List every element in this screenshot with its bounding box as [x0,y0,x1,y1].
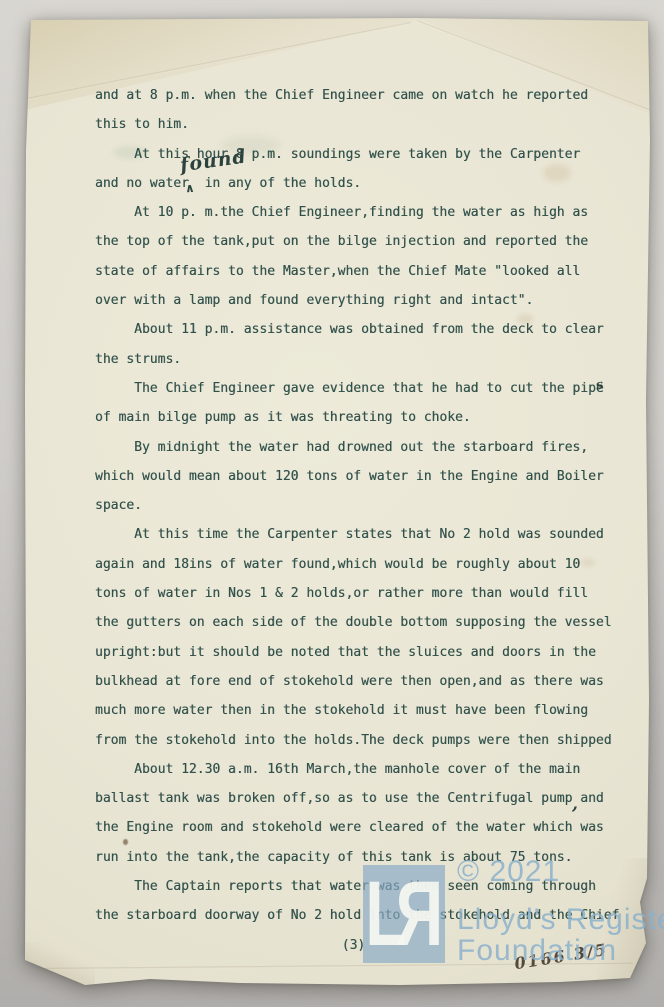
typed-line: At this time the Carpenter states that N… [95,520,617,549]
typed-line: state of affairs to the Master,when the … [95,257,617,286]
typed-line: tons of water in Nos 1 & 2 holds,or rath… [95,579,617,608]
typed-line: much more water then in the stokehold it… [95,696,617,725]
typed-line: and at 8 p.m. when the Chief Engineer ca… [95,81,617,110]
insertion-caret: ∧ [185,181,196,196]
typed-line: the strums. [95,345,617,374]
typed-line: About 12.30 a.m. 16th March,the manhole … [95,755,617,784]
typed-line: ballast tank was broken off,so as to use… [95,784,617,813]
typed-line: the top of the tank,put on the bilge inj… [95,227,617,256]
typed-line: space. [95,491,617,520]
typed-line: The Chief Engineer gave evidence that he… [95,374,617,403]
typed-line: About 11 p.m. assistance was obtained fr… [95,315,617,344]
typed-line: this to him. [95,110,617,139]
typed-line: At 10 p. m.the Chief Engineer,finding th… [95,198,617,227]
typed-line: over with a lamp and found everything ri… [95,286,617,315]
typed-line: the Engine room and stokehold were clear… [95,813,617,842]
typed-line: At this hour 8 p.m. soundings were taken… [95,140,617,169]
typed-line: of main bilge pump as it was threating t… [95,403,617,432]
typed-line: the starboard doorway of No 2 hold into … [95,901,617,930]
typed-line: the gutters on each side of the double b… [95,608,617,637]
fold-bottom-left [25,942,95,988]
photo-background: and at 8 p.m. when the Chief Engineer ca… [0,0,664,1007]
handwritten-inserted-comma: , [572,794,578,814]
typed-text: and at 8 p.m. when the Chief Engineer ca… [95,81,617,931]
typed-line: from the stokehold into the holds.The de… [95,726,617,755]
typed-line: and no water in any of the holds. [95,169,617,198]
paper-sheet: and at 8 p.m. when the Chief Engineer ca… [25,18,650,988]
paper-shadow: and at 8 p.m. when the Chief Engineer ca… [0,0,664,1007]
typed-line: By midnight the water had drowned out th… [95,433,617,462]
typed-line: upright:but it should be noted that the … [95,638,617,667]
typed-line: bulkhead at fore end of stokehold were t… [95,667,617,696]
typed-line: run into the tank,the capacity of this t… [95,843,617,872]
typed-line: again and 18ins of water found,which wou… [95,550,617,579]
typed-line: The Captain reports that water was then … [95,872,617,901]
typed-line: which would mean about 120 tons of water… [95,462,617,491]
